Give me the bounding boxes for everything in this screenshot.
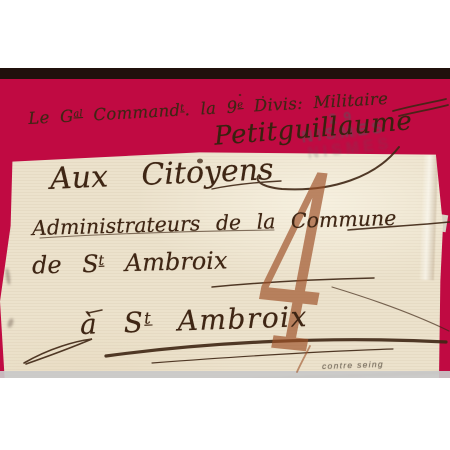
scan-cut-edge xyxy=(0,371,450,378)
photo-letterbox-bottom xyxy=(0,378,450,450)
product-photo: 29 NISMES 29 NISMES 4 xyxy=(0,0,450,450)
mat-top-shadow-band xyxy=(0,68,450,79)
ink-smudge xyxy=(2,224,11,238)
ink-smudge xyxy=(5,268,11,285)
paper-fold-highlight xyxy=(419,155,438,280)
photo-letterbox-top xyxy=(0,0,450,68)
ink-smudge xyxy=(6,317,14,328)
